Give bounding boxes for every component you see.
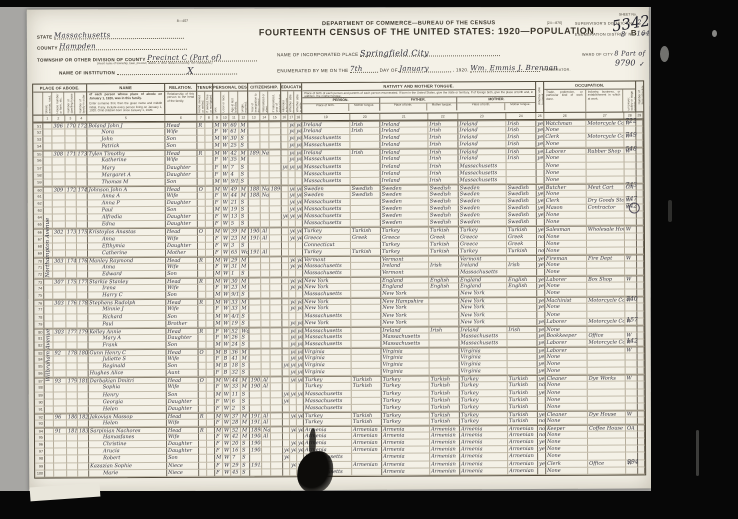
incorporated-value: Springfield City [360,49,429,58]
cell-h: 92 [54,349,67,356]
cell-na [260,136,269,143]
cell-sx: F [215,405,223,412]
cell-fm [638,375,645,382]
cell-ow: R [199,413,207,420]
cell-cl [626,403,638,410]
cell-sx: F [214,263,222,270]
cell-ow [198,164,206,171]
cell-rc: W [222,299,230,306]
cell-ln: 52 [33,130,43,137]
cell-mf [206,292,214,299]
cell-sx: M [215,412,223,419]
cell-sx: M [215,427,223,434]
cell-en: yes [537,155,545,162]
cell-f: 182 [78,413,89,420]
cell-ag: 52 [231,427,241,434]
cell-im [249,256,261,263]
cell-rc: W [222,193,230,200]
cell-en: yes [538,389,546,396]
cell-st [44,165,53,172]
cell-fm [637,240,644,247]
cell-f [77,200,88,207]
cell-yn [270,221,282,228]
cell-rc: W [222,292,230,299]
cell-nm: Marie [89,469,167,477]
cell-ln: 89 [35,392,45,399]
cell-fm [638,410,645,417]
cell-ow [198,313,206,320]
cell-mf [207,412,215,419]
street-name-1: Northampton Avenue [45,218,51,278]
cell-sx: M [215,455,223,462]
cell-sc [282,228,289,235]
cell-na: Al [262,433,271,440]
cell-mf [206,264,214,271]
cell-ag: 30 [230,278,240,285]
cell-ag: 6 [231,398,241,405]
cell-ln: 76 [34,300,44,307]
cell-na [261,199,270,206]
film-scratch-2 [668,200,672,222]
cell-sx: M [214,271,222,278]
cell-ag: 32 [231,370,241,377]
cell-en: yes [537,333,545,340]
cell-rd [289,270,296,277]
cell-d [66,293,77,300]
cell-na [261,164,270,171]
cell-d: 171 [65,151,76,158]
cell-im: 1910 [249,235,261,242]
cell-rd [290,419,297,426]
cell-ag: 33 [230,299,240,306]
cell-yn [270,277,282,284]
cell-na [261,206,270,213]
cell-sx: F [215,462,223,469]
cell-ow [199,370,207,377]
cell-ag: 28 [231,419,241,426]
cell-mf [206,207,214,214]
cell-rc: W [222,327,230,334]
margin-code: 722 [625,117,636,124]
cell-h [54,435,67,442]
cell-ln: 88 [35,385,45,392]
cell-ln: 75 [34,293,44,300]
cell-wr: yes [296,284,303,291]
cell-im [249,199,261,206]
cell-rd [289,242,296,249]
cell-ag: 24 [230,341,240,348]
film-edge-right [651,0,738,519]
cell-im [249,157,261,164]
cell-mf [206,256,214,263]
cell-sc: yes [283,448,290,455]
cell-na [260,143,269,150]
cell-ln: 53 [33,137,43,144]
cell-h [53,243,66,250]
cell-d: 180 [67,413,78,420]
margin-code: 548 [625,146,636,153]
cell-yn [270,334,282,341]
cell-yn [271,377,283,384]
cell-mf [207,469,215,476]
cell-h [53,307,66,314]
group-place-of-abode: PLACE OF ABODE. [33,84,86,92]
cell-yn [271,391,283,398]
cell-mr: M [240,299,249,306]
cell-fm [636,119,643,126]
col-immigration-year: Year of immigration to the United States… [251,92,259,112]
cell-h [53,286,66,293]
cell-en: yes [537,184,545,191]
cell-im: 1907 [250,384,262,391]
cell-mf [205,150,213,157]
cell-mf [206,178,214,185]
cell-fm [638,453,645,460]
cell-sx: F [215,370,223,377]
cell-sx: F [214,157,222,164]
cell-im [250,370,262,377]
cell-rc: W [223,391,231,398]
cell-ln: 77 [34,307,44,314]
cell-rc: W [221,129,229,136]
cell-fm [636,126,643,133]
cell-ag: 35 [230,157,240,164]
cell-yn [270,327,282,334]
cell-fm [637,219,644,226]
film-smudge [660,46,669,62]
cell-mr: M [241,434,250,441]
cell-fm [637,339,644,346]
cell-ln: 65 [34,222,44,229]
cell-ow [197,136,205,143]
cell-mr: M [240,228,249,235]
cell-na [262,398,271,405]
cell-ln: 100 [35,470,45,477]
cell-rd: yes [289,185,296,192]
cell-wr: yes [296,327,303,334]
enumerated-month: January [399,65,429,73]
cell-sx: M [214,278,222,285]
cell-f: 176 [77,257,88,264]
cell-rd [290,455,297,462]
cell-cl [626,382,638,389]
column-number: 20 [350,114,380,120]
cell-sc [283,426,290,433]
margin-code: 157 [626,316,637,323]
cell-st [45,385,54,392]
cell-im [250,356,262,363]
cell-h [53,342,66,349]
cell-cl [626,389,638,396]
cell-rc: W [222,164,230,171]
cell-sx: F [214,193,222,200]
cell-ln: 90 [35,399,45,406]
cell-fm [638,432,645,439]
cell-en: no [538,418,546,425]
cell-mr: M [241,356,250,363]
cell-im [249,292,261,299]
cell-rd [290,384,297,391]
cell-rc: W [221,150,229,157]
cell-cl [626,368,638,375]
cell-fm [637,212,644,219]
cell-na [261,256,270,263]
cell-na: Na [261,185,270,192]
ink-blot [297,451,333,493]
cell-ow [198,235,206,242]
cell-ag: 49 [230,185,240,192]
cell-ln: 56 [34,158,44,165]
cell-h [54,364,67,371]
column-number: 22 [428,113,458,119]
cell-ow [199,469,207,476]
cell-rc: W [223,377,231,384]
cell-f [77,264,88,271]
cell-rc: B [223,370,231,377]
cell-mr: S [240,171,249,178]
cell-en: yes [538,347,546,354]
cell-rd: yes [289,235,296,242]
cell-d [67,356,78,363]
ward-label: WARD OF CITY [582,53,613,57]
cell-h [53,264,66,271]
name-subtitle: of each person whose place of abode on J… [87,92,164,102]
cell-en: no [537,233,545,240]
cell-ow [198,214,206,221]
cell-yn [271,405,283,412]
cell-ag: 23 [230,285,240,292]
cell-wr: yes [296,185,303,192]
cell-ag: 16 [231,448,241,455]
cell-h [53,236,66,243]
cell-wr: yes [296,306,303,313]
cell-yn [271,426,283,433]
cell-im: 1908 [250,448,262,455]
cell-en: yes [538,446,546,453]
cell-sc [282,270,289,277]
cell-na: Al [261,228,270,235]
cell-ag: 33 [231,384,241,391]
cell-fm [637,226,644,233]
cell-st [45,392,54,399]
cell-ln: 92 [35,413,45,420]
cell-d [66,179,77,186]
cell-ag: 42 [231,434,241,441]
cell-ow [198,221,206,228]
cell-rc: W [222,214,230,221]
cell-mr: M [241,419,250,426]
cell-rc: W [221,143,229,150]
cell-st [44,201,53,208]
cell-d: 174 [66,257,77,264]
cell-mf [206,313,214,320]
cell-wr: yes [296,256,303,263]
cell-h [52,130,65,137]
cell-rd [289,171,296,178]
cell-h [54,399,67,406]
cell-h [53,158,66,165]
cell-f [78,356,89,363]
column-number: 7 [197,115,205,121]
cell-rd: yes [289,206,296,213]
col-father-tongue: Mother tongue. [427,103,457,110]
cell-cl: W [626,346,638,353]
cell-mf [207,427,215,434]
cell-wr: yes [297,440,304,447]
cell-ow [199,448,207,455]
cell-rc: W [222,200,230,207]
cell-f [78,449,89,456]
cell-na: Al [262,419,271,426]
cell-f [78,364,89,371]
cell-f [76,144,87,151]
cell-im [249,270,261,277]
cell-rc: W [222,221,230,228]
cell-wr: yes [295,128,302,135]
cell-wr: yes [296,235,303,242]
cell-sc [282,313,289,320]
cell-sc [282,341,289,348]
cell-d: 177 [66,328,77,335]
cell-en: yes [536,134,544,141]
cell-na [261,306,270,313]
cell-mr: S [240,221,249,228]
cell-ln: 87 [35,378,45,385]
cell-st [44,286,53,293]
cell-cl [625,268,637,275]
margin-code: 747 [626,196,637,203]
enumerated-day: 7th [350,65,363,73]
cell-en: yes [538,411,546,418]
cell-h: 308 [52,151,65,158]
cell-ln: 93 [35,420,45,427]
cell-im [250,363,262,370]
cell-mr: S [240,313,249,320]
cell-wr: yes [297,426,304,433]
cell-wr [296,291,303,298]
cell-ln: 55 [33,151,43,158]
cell-f: 183 [78,427,89,434]
cell-mr: M [240,256,249,263]
cell-f [78,406,89,413]
cell-en [538,468,546,475]
cell-yn [270,292,282,299]
cell-wr: yes [296,263,303,270]
cell-fm [638,389,645,396]
cell-im [250,405,262,412]
cell-d [66,286,77,293]
cell-na [261,313,270,320]
cell-h [54,406,67,413]
cell-cl [625,169,637,176]
cell-mf [206,278,214,285]
cell-sc [283,469,290,476]
cell-d [67,442,78,449]
cell-fm [637,169,644,176]
cell-cl [625,162,637,169]
cell-yn [271,370,283,377]
cell-na: Na [260,150,269,157]
cell-rd [290,433,297,440]
cell-mr: M [239,129,248,136]
cell-wr: yes [296,199,303,206]
cell-fm [638,382,645,389]
cell-en: yes [538,439,546,446]
cell-fm [637,297,644,304]
cell-rd: yes [290,355,297,362]
cell-en: yes [538,361,546,368]
cell-mf [206,185,214,192]
cell-h [53,314,66,321]
cell-wr [296,171,303,178]
cell-sc: yes [283,362,290,369]
cell-na [262,441,271,448]
cell-yn [269,150,281,157]
cell-rc: W [223,441,231,448]
cell-mr: M [239,121,248,128]
cell-yn [270,306,282,313]
cell-rc: W [222,320,230,327]
cell-wr: yes [295,135,302,142]
cell-cl [626,396,638,403]
cell-yn [271,469,283,476]
cell-im [249,327,261,334]
column-number: 21 [380,114,428,120]
cell-en: yes [537,212,545,219]
col-marital-status: Single, married, widowed, or divorced. [241,92,247,112]
cell-mr: S [240,270,249,277]
cell-im: 1899 [248,150,260,157]
cell-wr: yes [296,206,303,213]
cell-yn [271,412,283,419]
cell-fm [636,141,643,148]
cell-d [67,420,78,427]
cell-na [261,242,270,249]
cell-st [44,300,53,307]
cell-sc [282,242,289,249]
col-mother-pob: Place of birth. [458,103,506,110]
cell-im: 1912 [250,419,262,426]
cell-ag: 7 [231,455,241,462]
cell-sx: M [215,349,223,356]
cell-fm [637,325,644,332]
cell-rc: W [222,341,230,348]
cell-d [67,399,78,406]
cell-f [77,158,88,165]
cell-h [54,420,67,427]
cell-im [249,277,261,284]
cell-en [537,170,545,177]
cell-wr [297,405,304,412]
cell-cl [625,240,637,247]
cell-mr: S [241,398,250,405]
cell-yn [271,441,283,448]
cell-mf [206,235,214,242]
cell-ln: 74 [34,286,44,293]
cell-yn [269,128,281,135]
cell-ag: 4/12 [230,313,240,320]
cell-ag: 7 [230,164,240,171]
cell-st [45,463,54,470]
cell-im [250,469,262,476]
cell-na [261,263,270,270]
cell-sx: F [215,441,223,448]
cell-d: 176 [66,300,77,307]
cell-en: yes [538,368,546,375]
cell-fm [637,247,644,254]
cell-f: 172 [76,122,87,129]
cell-h [54,385,67,392]
